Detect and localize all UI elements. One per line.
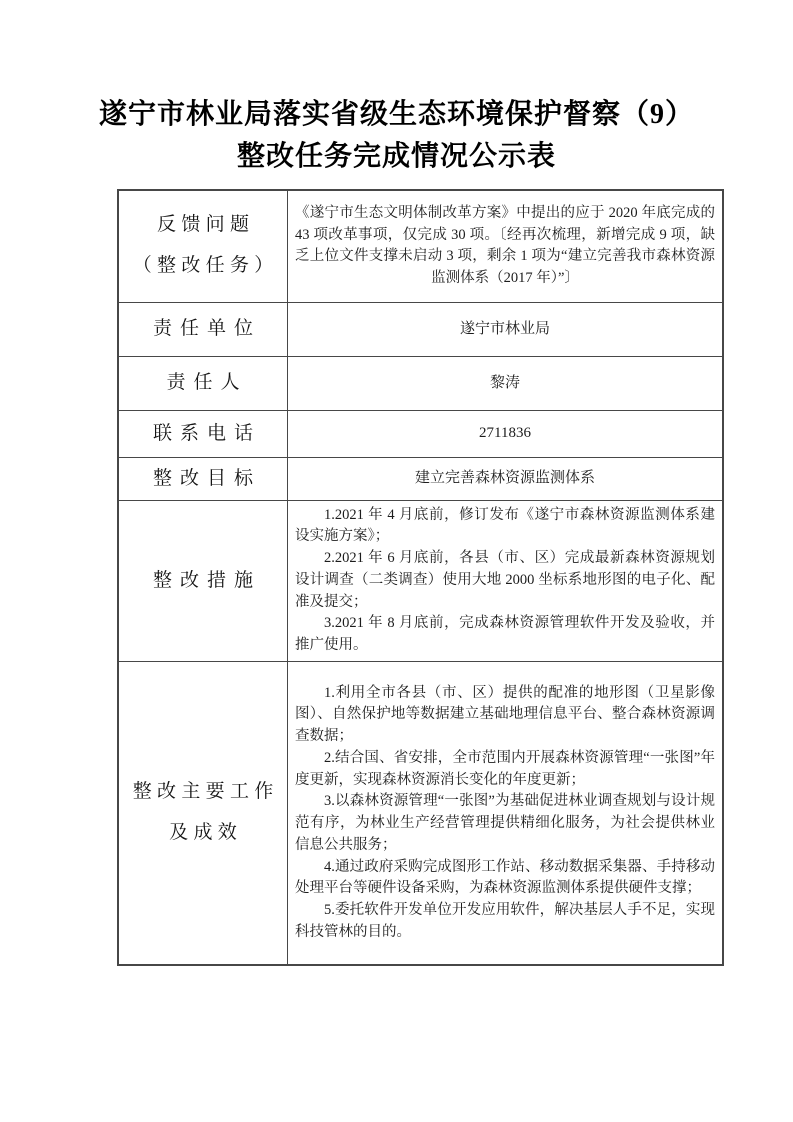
document-title-line-2: 整改任务完成情况公示表: [0, 136, 793, 178]
table-row-rectification-goal: 整改目标 建立完善森林资源监测体系: [118, 457, 723, 500]
measure-paragraph: 1.2021 年 4 月底前，修订发布《遂宁市森林资源监测体系建设实施方案》；: [295, 505, 715, 549]
main-work-results-content: 1.利用全市各县（市、区）提供的配准的地形图（卫星影像图）、自然保护地等数据建立…: [288, 661, 724, 965]
row-label-responsible-unit: 责任单位: [118, 302, 288, 356]
table-row-main-work-results: 整改主要工作 及成效 1.利用全市各县（市、区）提供的配准的地形图（卫星影像图）…: [118, 661, 723, 965]
contact-phone-value: 2711836: [288, 410, 724, 457]
label-line: 整改措施: [121, 569, 285, 593]
label-line: 整改主要工作: [121, 772, 285, 813]
rectification-measures-content: 1.2021 年 4 月底前，修订发布《遂宁市森林资源监测体系建设实施方案》； …: [288, 500, 724, 661]
document-page: 遂宁市林业局落实省级生态环境保护督察（9） 整改任务完成情况公示表 反馈问题 （…: [0, 0, 793, 1122]
label-line: （整改任务）: [121, 246, 285, 287]
responsible-person-value: 黎涛: [288, 356, 724, 410]
document-title-line-1: 遂宁市林业局落实省级生态环境保护督察（9）: [0, 94, 793, 136]
work-paragraph: 5.委托软件开发单位开发应用软件，解决基层人手不足，实现科技管林的目的。: [295, 900, 715, 944]
work-paragraph: 3.以森林资源管理“一张图”为基础促进林业调查规划与设计规范有序，为林业生产经营…: [295, 791, 715, 856]
work-paragraph: 1.利用全市各县（市、区）提供的配准的地形图（卫星影像图）、自然保护地等数据建立…: [295, 683, 715, 748]
work-paragraph: 4.通过政府采购完成图形工作站、移动数据采集器、手持移动处理平台等硬件设备采购，…: [295, 857, 715, 901]
row-label-main-work-results: 整改主要工作 及成效: [118, 661, 288, 965]
table-row-contact-phone: 联系电话 2711836: [118, 410, 723, 457]
row-label-contact-phone: 联系电话: [118, 410, 288, 457]
notice-table: 反馈问题 （整改任务） 《遂宁市生态文明体制改革方案》中提出的应于 2020 年…: [117, 189, 724, 966]
label-line: 反馈问题: [121, 205, 285, 246]
rectification-goal-value: 建立完善森林资源监测体系: [288, 457, 724, 500]
table-row-feedback-issue: 反馈问题 （整改任务） 《遂宁市生态文明体制改革方案》中提出的应于 2020 年…: [118, 190, 723, 302]
table-row-responsible-person: 责任人 黎涛: [118, 356, 723, 410]
label-line: 整改目标: [121, 467, 285, 491]
label-line: 责任人: [121, 371, 285, 395]
row-label-rectification-goal: 整改目标: [118, 457, 288, 500]
feedback-issue-content: 《遂宁市生态文明体制改革方案》中提出的应于 2020 年底完成的 43 项改革事…: [288, 190, 724, 302]
row-label-feedback-issue: 反馈问题 （整改任务）: [118, 190, 288, 302]
label-line: 及成效: [121, 813, 285, 854]
measure-paragraph: 2.2021 年 6 月底前，各县（市、区）完成最新森林资源规划设计调查（二类调…: [295, 548, 715, 613]
table-row-responsible-unit: 责任单位 遂宁市林业局: [118, 302, 723, 356]
table-row-rectification-measures: 整改措施 1.2021 年 4 月底前，修订发布《遂宁市森林资源监测体系建设实施…: [118, 500, 723, 661]
measure-paragraph: 3.2021 年 8 月底前，完成森林资源管理软件开发及验收，并推广使用。: [295, 613, 715, 657]
document-title: 遂宁市林业局落实省级生态环境保护督察（9） 整改任务完成情况公示表: [0, 0, 793, 178]
label-line: 联系电话: [121, 422, 285, 446]
row-label-rectification-measures: 整改措施: [118, 500, 288, 661]
work-paragraph: 2.结合国、省安排，全市范围内开展森林资源管理“一张图”年度更新，实现森林资源消…: [295, 748, 715, 792]
row-label-responsible-person: 责任人: [118, 356, 288, 410]
responsible-unit-value: 遂宁市林业局: [288, 302, 724, 356]
label-line: 责任单位: [121, 317, 285, 341]
